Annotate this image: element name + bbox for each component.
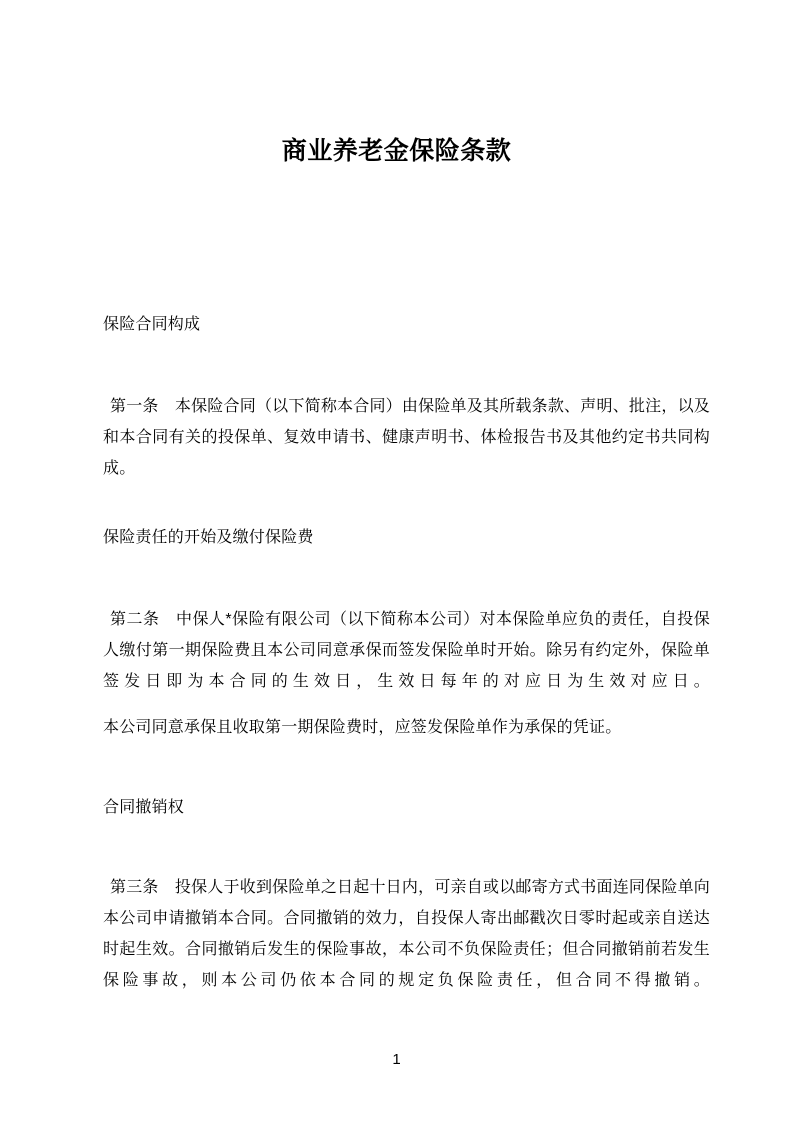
paragraph-line: 签发日即为本合同的生效日，生效日每年的对应日为生效对应日。 [103,666,710,697]
paragraph-line: 第三条 投保人于收到保险单之日起十日内，可亲自或以邮寄方式书面连同保险单向 [103,872,710,903]
paragraph-line: 第二条 中保人*保险有限公司（以下简称本公司）对本保险单应负的责任，自投保 [103,604,710,635]
paragraph-line: 时起生效。合同撤销后发生的保险事故，本公司不负保险责任；但合同撤销前若发生 [103,934,710,965]
paragraph-article-3: 第三条 投保人于收到保险单之日起十日内，可亲自或以邮寄方式书面连同保险单向 本公… [103,872,710,996]
section-heading-contract-constitution: 保险合同构成 [103,315,710,335]
paragraph-line: 和本合同有关的投保单、复效申请书、健康声明书、体检报告书及其他约定书共同构 [103,422,710,453]
paragraph-line: 第一条 本保险合同（以下简称本合同）由保险单及其所载条款、声明、批注，以及 [103,391,710,422]
paragraph-article-1: 第一条 本保险合同（以下简称本合同）由保险单及其所载条款、声明、批注，以及 和本… [103,391,710,484]
paragraph-line: 成。 [103,453,710,484]
paragraph-line: 人缴付第一期保险费且本公司同意承保而签发保险单时开始。除另有约定外，保险单 [103,635,710,666]
section-heading-liability-start-premium: 保险责任的开始及缴付保险费 [103,528,710,548]
document-page: 商业养老金保险条款 保险合同构成 第一条 本保险合同（以下简称本合同）由保险单及… [0,0,793,1122]
section-heading-contract-revocation: 合同撤销权 [103,798,710,818]
paragraph-line: 本公司同意承保且收取第一期保险费时，应签发保险单作为承保的凭证。 [103,712,710,743]
paragraph-line: 本公司申请撤销本合同。合同撤销的效力，自投保人寄出邮戳次日零时起或亲自送达 [103,903,710,934]
document-title: 商业养老金保险条款 [0,136,793,166]
paragraph-article-2: 第二条 中保人*保险有限公司（以下简称本公司）对本保险单应负的责任，自投保 人缴… [103,604,710,697]
paragraph-line: 保险事故，则本公司仍依本合同的规定负保险责任，但合同不得撤销。 [103,965,710,996]
page-number: 1 [0,1050,793,1070]
paragraph-policy-issuance: 本公司同意承保且收取第一期保险费时，应签发保险单作为承保的凭证。 [103,712,710,743]
